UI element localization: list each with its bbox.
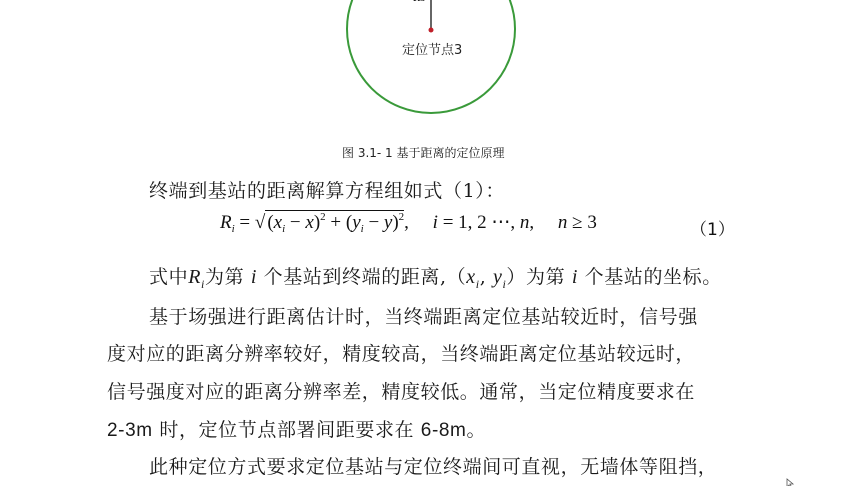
text: 时，定位节点部署间距要求在 <box>153 419 421 441</box>
var-y: yi <box>493 266 506 288</box>
paragraph-line-5: 此种定位方式要求定位基站与定位终端间可直视，无墙体等阻挡， <box>149 452 717 479</box>
text: 6-8m <box>421 420 467 441</box>
text: 。 <box>467 419 487 441</box>
text: ）为第 <box>506 266 571 288</box>
figure-distance-positioning: R3 定位节点3 <box>0 0 864 140</box>
text: 为第 <box>205 266 251 288</box>
paragraph-variable-definitions: 式中Ri为第 i 个基站到终端的距离,（xi, yi）为第 i 个基站的坐标。 <box>149 262 722 292</box>
text: 式中 <box>149 266 188 288</box>
node-label: 定位节点3 <box>402 39 462 58</box>
paragraph-line-1: 基于场强进行距离估计时，当终端距离定位基站较近时，信号强 <box>149 302 698 329</box>
var-R: Ri <box>188 266 205 288</box>
var-x: xi <box>466 266 479 288</box>
node-dot-icon <box>429 28 434 33</box>
figure-caption: 图 3.1- 1 基于距离的定位原理 <box>342 144 505 161</box>
text: 2-3m <box>107 420 153 441</box>
equation-number: （1） <box>690 215 735 240</box>
text: , <box>480 266 493 288</box>
paragraph-line-2: 度对应的距离分辨率较好，精度较高，当终端距离定位基站较远时， <box>107 339 695 366</box>
text: 个基站到终端的距离,（ <box>257 266 466 288</box>
radius-label: R3 <box>413 0 425 4</box>
paragraph-line-4: 2-3m 时，定位节点部署间距要求在 6-8m。 <box>107 415 486 442</box>
equation-1: Ri = √(xi − x)2 + (yi − y)2, i = 1, 2 ⋯,… <box>220 210 597 235</box>
paragraph-line-3: 信号强度对应的距离分辨率差，精度较低。通常，当定位精度要求在 <box>107 377 695 404</box>
text: 个基站的坐标。 <box>578 266 722 288</box>
circle-diagram <box>0 0 864 140</box>
mouse-cursor-icon <box>786 478 796 486</box>
intro-text: 终端到基站的距离解算方程组如式（1）： <box>149 176 505 203</box>
